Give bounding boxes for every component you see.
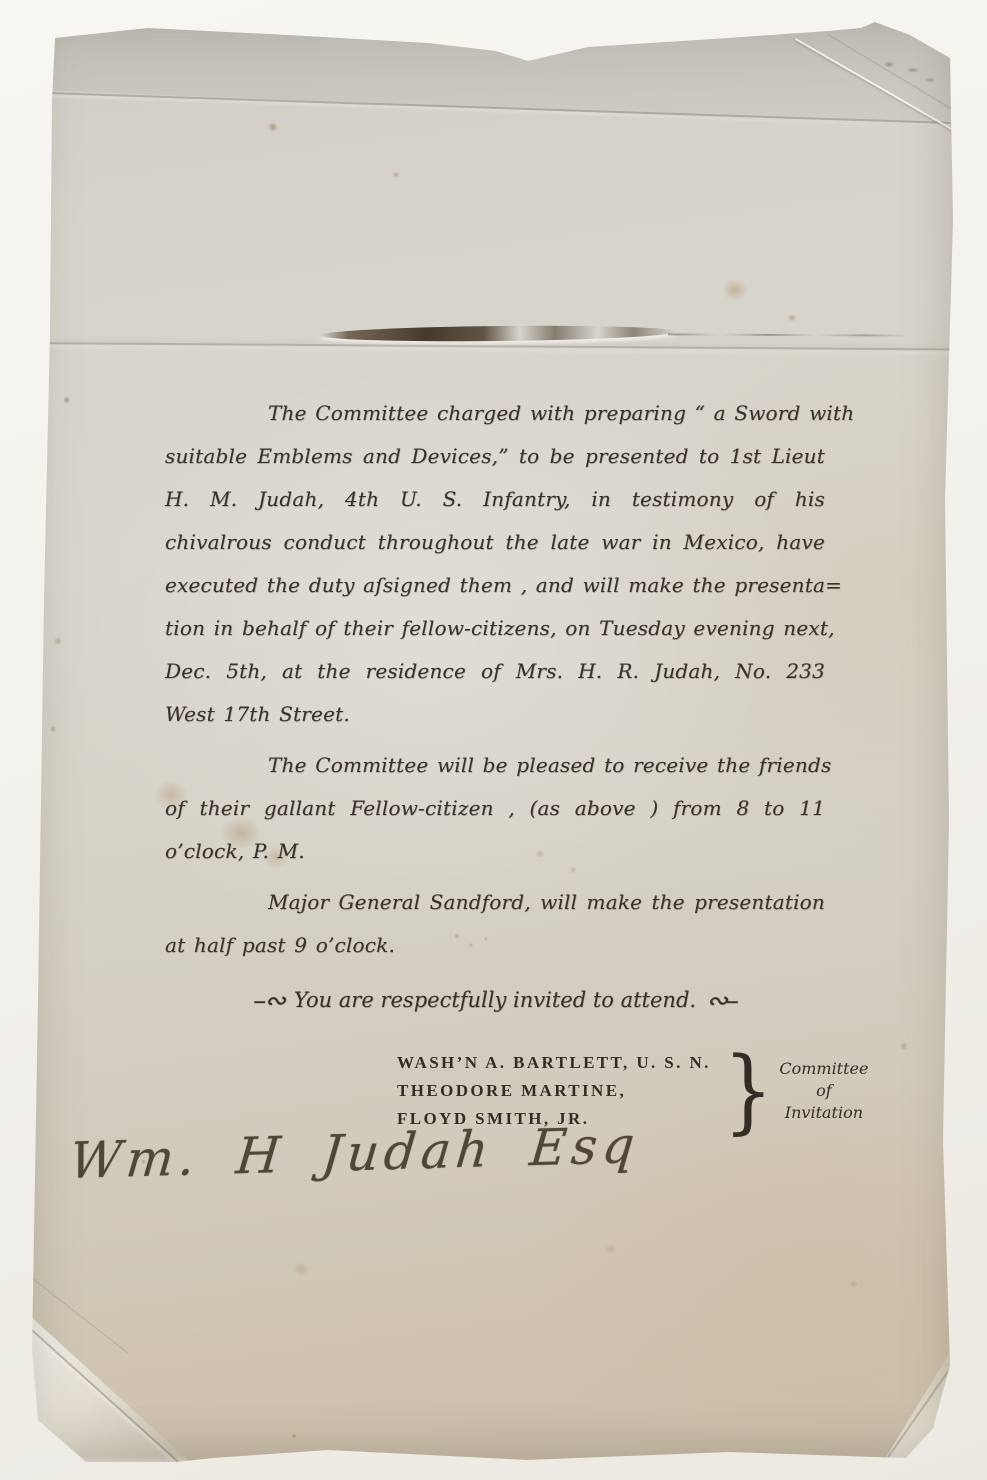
ink-smudge <box>873 54 953 94</box>
vertical-crease <box>28 20 30 310</box>
text-line: Major General Sandford, will make the pr… <box>165 881 825 924</box>
printed-invitation-text: The Committee charged with preparing “ a… <box>165 392 825 1134</box>
text-line: The Committee will be pleased to receive… <box>165 744 825 787</box>
bottom-right-corner-fold <box>883 1344 955 1462</box>
attend-invitation-line: –∾You are respectfully invited to attend… <box>165 979 825 1022</box>
paragraph-sword-presentation: The Committee charged with preparing “ a… <box>165 392 825 736</box>
text-line: suitable Emblems and Devices,” to be pre… <box>165 435 825 478</box>
text-line: o’clock, P. M. <box>165 830 825 873</box>
attend-text: You are respectfully invited to attend. <box>294 988 696 1012</box>
committee-of-invitation-label: Committee of Invitation <box>779 1058 868 1124</box>
committee-label-line: Invitation <box>779 1102 868 1124</box>
top-fold-band <box>28 20 955 132</box>
text-line: H. M. Judah, 4th U. S. Infantry, in test… <box>165 478 825 521</box>
committee-label-line: of <box>779 1080 868 1102</box>
signatory-name: WASH’N A. BARTLETT, U. S. N. <box>397 1049 711 1077</box>
text-line: West 17th Street. <box>165 693 825 736</box>
text-line: of their gallant Fellow-citizen , (as ab… <box>165 787 825 830</box>
text-line: executed the duty aſsigned them , and wi… <box>165 564 825 607</box>
text-line: Dec. 5th, at the residence of Mrs. H. R.… <box>165 650 825 693</box>
text-line: chivalrous conduct throughout the late w… <box>165 521 825 564</box>
text-line: tion in behalf of their fellow-citizens,… <box>165 607 825 650</box>
middle-fold-crease <box>28 342 955 350</box>
text-line: The Committee charged with preparing “ a… <box>165 392 825 435</box>
flourish-right: ∾– <box>696 986 747 1016</box>
bottom-right-fold-crease <box>880 1352 962 1468</box>
text-line: at half past 9 o’clock. <box>165 924 825 967</box>
bottom-left-corner-fold <box>28 1314 190 1462</box>
invitation-document-paper: The Committee charged with preparing “ a… <box>28 20 955 1462</box>
signatory-name: THEODORE MARTINE, <box>397 1077 711 1105</box>
paragraph-receive-friends: The Committee will be pleased to receive… <box>165 744 825 873</box>
vertical-crease <box>28 310 30 565</box>
handwritten-address-line: Wm. H Judah Esq <box>67 1115 692 1190</box>
paper-tear <box>320 324 676 343</box>
flourish-left: –∾ <box>243 986 294 1016</box>
pen-mark <box>585 20 593 42</box>
curly-brace: } <box>723 1048 773 1134</box>
paragraph-presentation-time: Major General Sandford, will make the pr… <box>165 881 825 967</box>
paper-tear-hairline <box>668 333 908 336</box>
committee-label-line: Committee <box>779 1058 868 1080</box>
